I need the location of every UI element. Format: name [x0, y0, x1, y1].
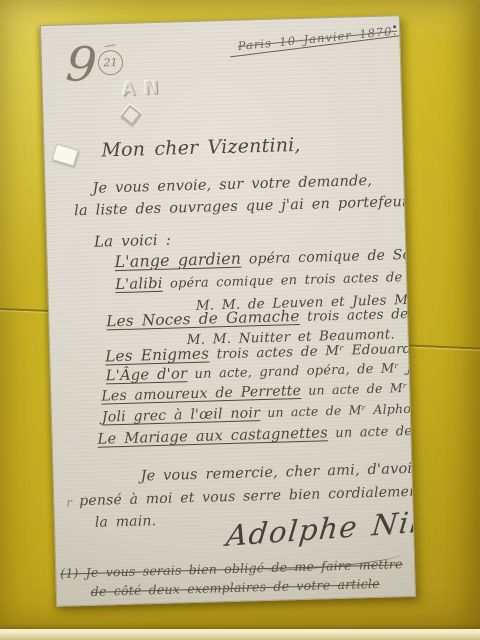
white-sticker-tab	[52, 144, 79, 167]
postscript-line: de côté deux exemplaires de votre articl…	[91, 576, 380, 599]
closing-line: la main.	[95, 513, 157, 531]
table-edge	[0, 629, 480, 640]
archives-nationales-embossed-stamp: AN	[121, 77, 168, 102]
letter-paper: 9 21 AN Paris 10 Janvier 1870. Mon cher …	[40, 15, 416, 607]
circled-number-text: 21	[103, 56, 117, 69]
work-rest: opéra comique de Scribe,	[241, 246, 416, 268]
intro-line: La voici :	[94, 231, 171, 251]
work-rest: un acte de Mʳ Alphonse de Launay	[260, 398, 416, 420]
work-title: Joli grec à l'œil noir	[102, 405, 261, 425]
work-title: L'alibi	[115, 275, 163, 293]
signature: Adolphe Nibelle	[225, 500, 416, 553]
archival-pencil-number: 9	[64, 40, 98, 90]
intro-line: la liste des ouvrages que j'ai en portef…	[74, 193, 416, 219]
salutation: Mon cher Vizentini,	[101, 134, 301, 162]
work-rest: opéra comique en trois actes de	[162, 270, 402, 292]
work-rest: un acte de Mʳ Eugène Bercioux	[301, 377, 416, 398]
embossed-arrow-mark	[120, 105, 141, 126]
photo-background: 9 21 AN Paris 10 Janvier 1870. Mon cher …	[0, 0, 480, 640]
folder-crease-left	[0, 308, 50, 312]
archival-circled-number: 21	[98, 50, 124, 76]
work-rest: trois actes de	[299, 306, 408, 325]
closing-line: pensé à moi et vous serre bien cordialem…	[79, 484, 416, 510]
work-title: L'ange gardien	[114, 249, 241, 272]
work-title: L'Âge d'or	[106, 365, 188, 384]
work-title: Les amoureux de Perrette	[101, 383, 301, 405]
intro-line: Je vous envoie, sur votre demande,	[92, 173, 372, 197]
work-title: Les Enigmes	[105, 345, 209, 366]
work-title: Le Mariage aux castagnettes	[97, 424, 328, 447]
closing-line: Je vous remercie, cher ami, d'avoir	[140, 461, 416, 485]
margin-pencil-mark: r	[66, 495, 72, 509]
folder-crease-right	[404, 344, 480, 349]
work-line: L'alibi opéra comique en trois actes de	[115, 268, 403, 293]
work-rest: un acte de Léon Gozlan.	[328, 421, 416, 441]
